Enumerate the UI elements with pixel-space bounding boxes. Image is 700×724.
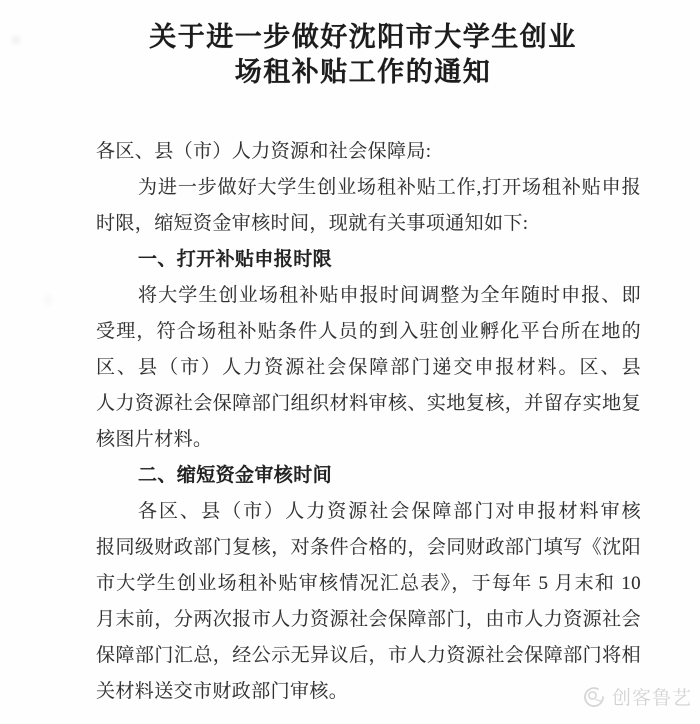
document-line: 时限，缩短资金审核时间，现就有关事项通知如下: [96, 206, 641, 242]
document-line: 各区、县（市）人力资源社会保障部门对申报材料审核后、 [96, 494, 641, 530]
document-line: 关材料送交市财政部门审核。 [96, 674, 641, 710]
document-line: 报同级财政部门复核，对条件合格的，会同财政部门填写《沈阳 [96, 530, 641, 566]
section-heading: 二、缩短资金审核时间 [96, 458, 641, 494]
section-heading: 一、打开补贴申报时限 [96, 242, 641, 278]
document-line: 市大学生创业场租补贴审核情况汇总表》，于每年 5 月末和 10 [96, 566, 641, 602]
document-title-line-2: 场租补贴工作的通知 [13, 55, 700, 90]
watermark: 创客鲁艺 [582, 683, 692, 710]
document-line: 为进一步做好大学生创业场租补贴工作,打开场租补贴申报 [96, 170, 641, 206]
document-line: 人力资源社会保障部门组织材料审核、实地复核，并留存实地复 [96, 386, 641, 422]
swirl-logo-icon [582, 685, 606, 709]
document-body: 各区、县（市）人力资源和社会保障局:为进一步做好大学生创业场租补贴工作,打开场租… [96, 134, 641, 710]
document-line: 月末前，分两次报市人力资源社会保障部门，由市人力资源社会 [96, 602, 641, 638]
document-line: 保障部门汇总，经公示无异议后，市人力资源社会保障部门将相 [96, 638, 641, 674]
document-line: 核图片材料。 [96, 422, 641, 458]
document-title: 关于进一步做好沈阳市大学生创业 场租补贴工作的通知 [13, 0, 700, 90]
document-line: 区、县（市）人力资源社会保障部门递交申报材料。区、县（市） [96, 350, 641, 386]
document-page: 关于进一步做好沈阳市大学生创业 场租补贴工作的通知 各区、县（市）人力资源和社会… [0, 0, 700, 724]
document-line: 将大学生创业场租补贴申报时间调整为全年随时申报、即时 [96, 278, 641, 314]
document-line: 受理，符合场租补贴条件人员的到入驻创业孵化平台所在地的 [96, 314, 641, 350]
document-line: 各区、县（市）人力资源和社会保障局: [96, 134, 641, 170]
watermark-label: 创客鲁艺 [612, 683, 692, 710]
document-title-line-1: 关于进一步做好沈阳市大学生创业 [13, 20, 700, 55]
